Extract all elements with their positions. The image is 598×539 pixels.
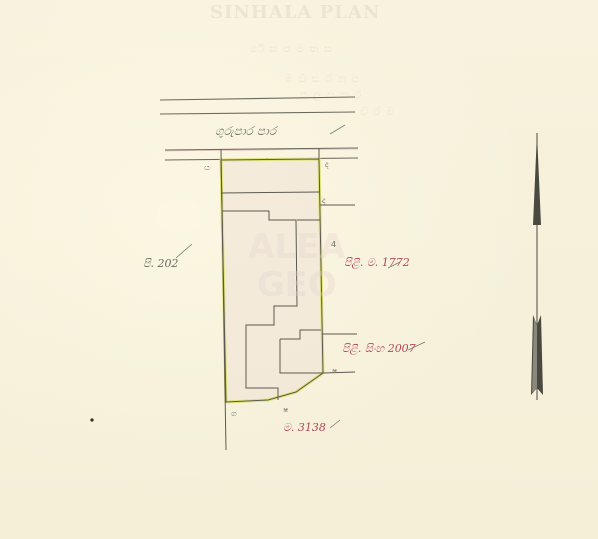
neighbour-east-lower-label: පිළි. සිංහ 2007 xyxy=(342,342,416,356)
neighbour-west-label: පි. 202 xyxy=(143,257,178,271)
ink-dot xyxy=(90,418,93,421)
corner-mark-s: ෂ xyxy=(283,405,288,415)
neighbour-south-label: ම. 3138 xyxy=(283,421,326,435)
north-arrow-icon xyxy=(531,133,543,400)
neighbour-east-upper-label: පිළි. ම. 1772 xyxy=(344,256,410,270)
road-label: ගුරුපාර පාර xyxy=(215,124,276,139)
corner-mark-sw: ග xyxy=(231,409,237,419)
corner-mark-e-inner: 4 xyxy=(331,240,336,249)
corner-mark-e-mid: ද xyxy=(322,196,326,206)
watermark-line-2: GEO xyxy=(248,266,346,304)
boundary-tick-top: ˇ xyxy=(265,158,269,167)
corner-mark-nw: ය xyxy=(204,163,210,173)
corner-mark-ne: ද xyxy=(325,160,329,170)
corner-mark-se: ෂ xyxy=(332,366,337,376)
